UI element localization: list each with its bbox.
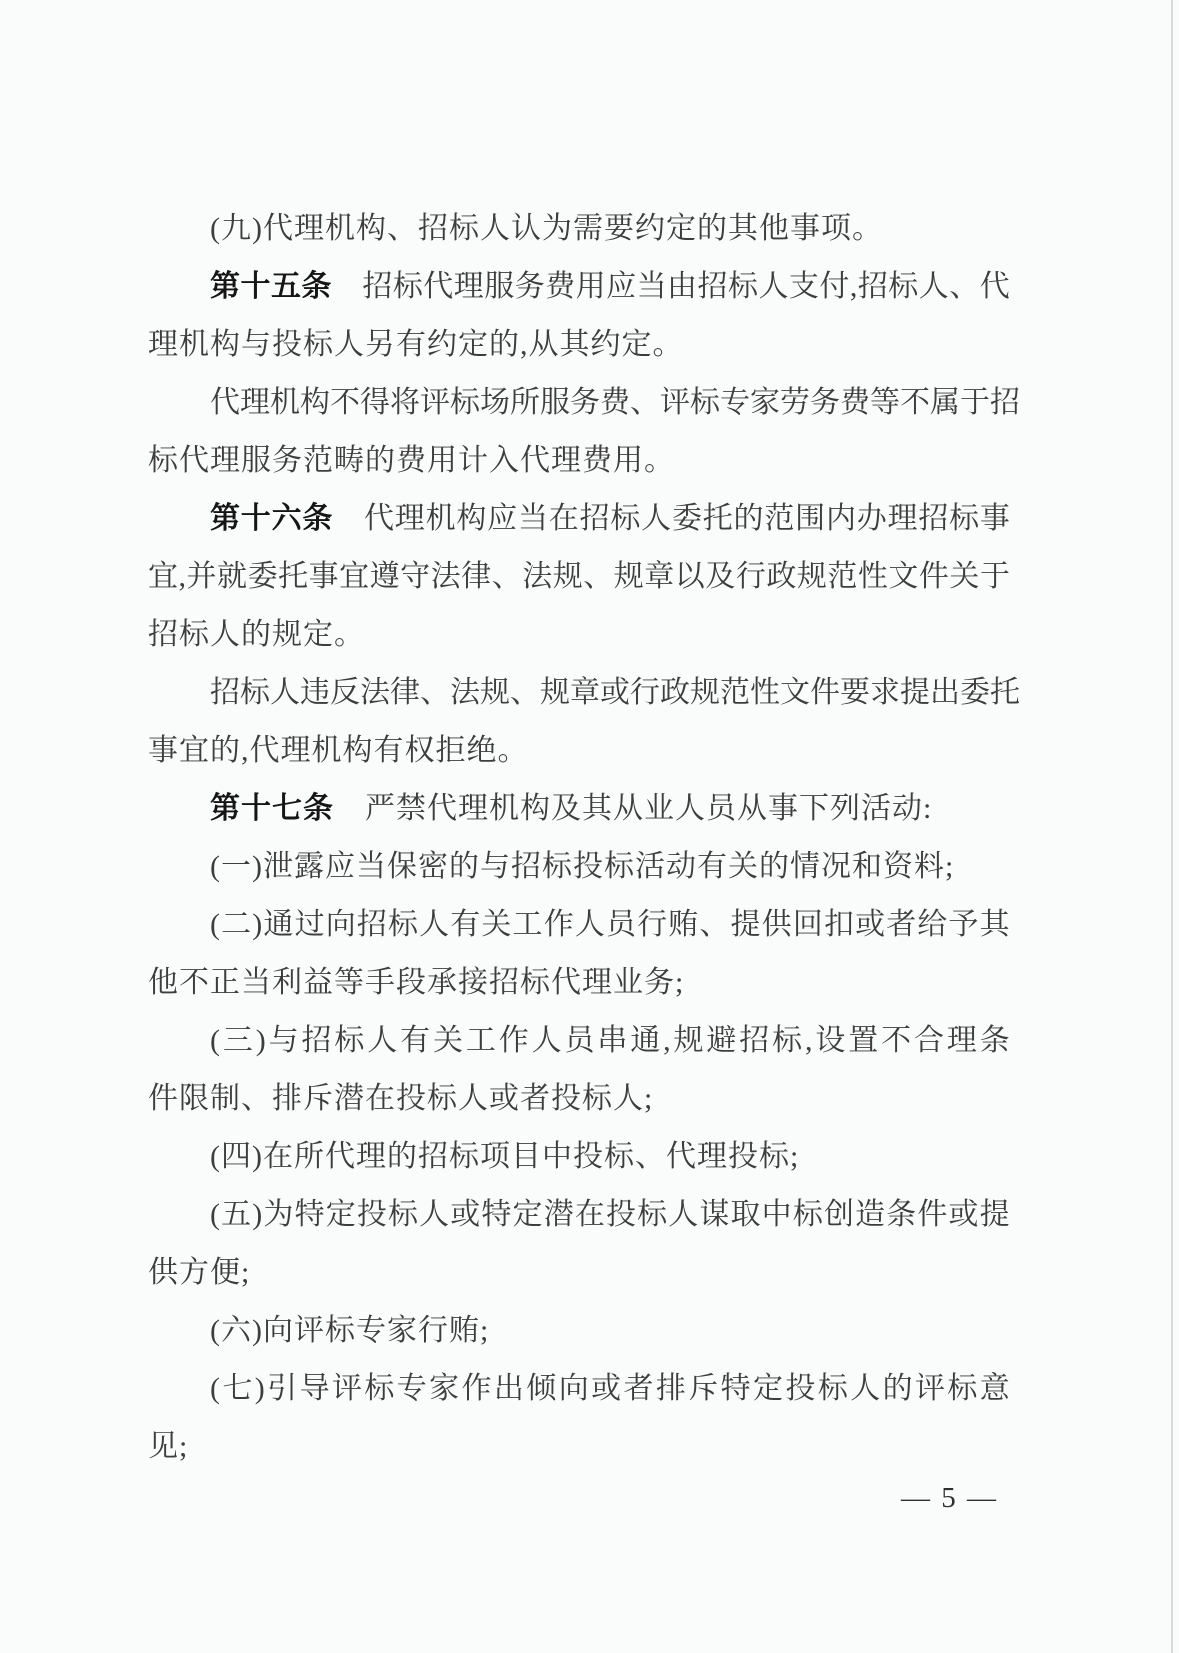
text-line: 第十七条 严禁代理机构及其从业人员从事下列活动:	[148, 780, 1010, 838]
text-line: (五)为特定投标人或特定潜在投标人谋取中标创造条件或提	[148, 1186, 1010, 1244]
text-line: 第十五条 招标代理服务费用应当由招标人支付,招标人、代	[148, 258, 1010, 316]
text-line: 件限制、排斥潜在投标人或者投标人;	[148, 1070, 1010, 1128]
text-line: 标代理服务范畴的费用计入代理费用。	[148, 432, 1010, 490]
scan-edge-line	[1171, 0, 1173, 1653]
text-line: (六)向评标专家行贿;	[148, 1302, 1010, 1360]
text-line: 宜,并就委托事宜遵守法律、法规、规章以及行政规范性文件关于	[148, 548, 1010, 606]
text-line: 见;	[148, 1418, 1010, 1476]
text-line: (九)代理机构、招标人认为需要约定的其他事项。	[148, 200, 1010, 258]
text-line: (三)与招标人有关工作人员串通,规避招标,设置不合理条	[148, 1012, 1010, 1070]
text-line: 第十六条 代理机构应当在招标人委托的范围内办理招标事	[148, 490, 1010, 548]
text-line: (一)泄露应当保密的与招标投标活动有关的情况和资料;	[148, 838, 1010, 896]
text-line: 招标人的规定。	[148, 606, 1010, 664]
document-page: (九)代理机构、招标人认为需要约定的其他事项。第十五条 招标代理服务费用应当由招…	[0, 0, 1179, 1653]
text-line: 他不正当利益等手段承接招标代理业务;	[148, 954, 1010, 1012]
text-line: 代理机构不得将评标场所服务费、评标专家劳务费等不属于招	[148, 374, 1010, 432]
document-lines: (九)代理机构、招标人认为需要约定的其他事项。第十五条 招标代理服务费用应当由招…	[148, 200, 1010, 1476]
text-line: (四)在所代理的招标项目中投标、代理投标;	[148, 1128, 1010, 1186]
page-number: — 5 —	[148, 1476, 1010, 1520]
text-line: (七)引导评标专家作出倾向或者排斥特定投标人的评标意	[148, 1360, 1010, 1418]
text-line: 招标人违反法律、法规、规章或行政规范性文件要求提出委托	[148, 664, 1010, 722]
text-line: 理机构与投标人另有约定的,从其约定。	[148, 316, 1010, 374]
text-line: 事宜的,代理机构有权拒绝。	[148, 722, 1010, 780]
text-line: 供方便;	[148, 1244, 1010, 1302]
text-line: (二)通过向招标人有关工作人员行贿、提供回扣或者给予其	[148, 896, 1010, 954]
